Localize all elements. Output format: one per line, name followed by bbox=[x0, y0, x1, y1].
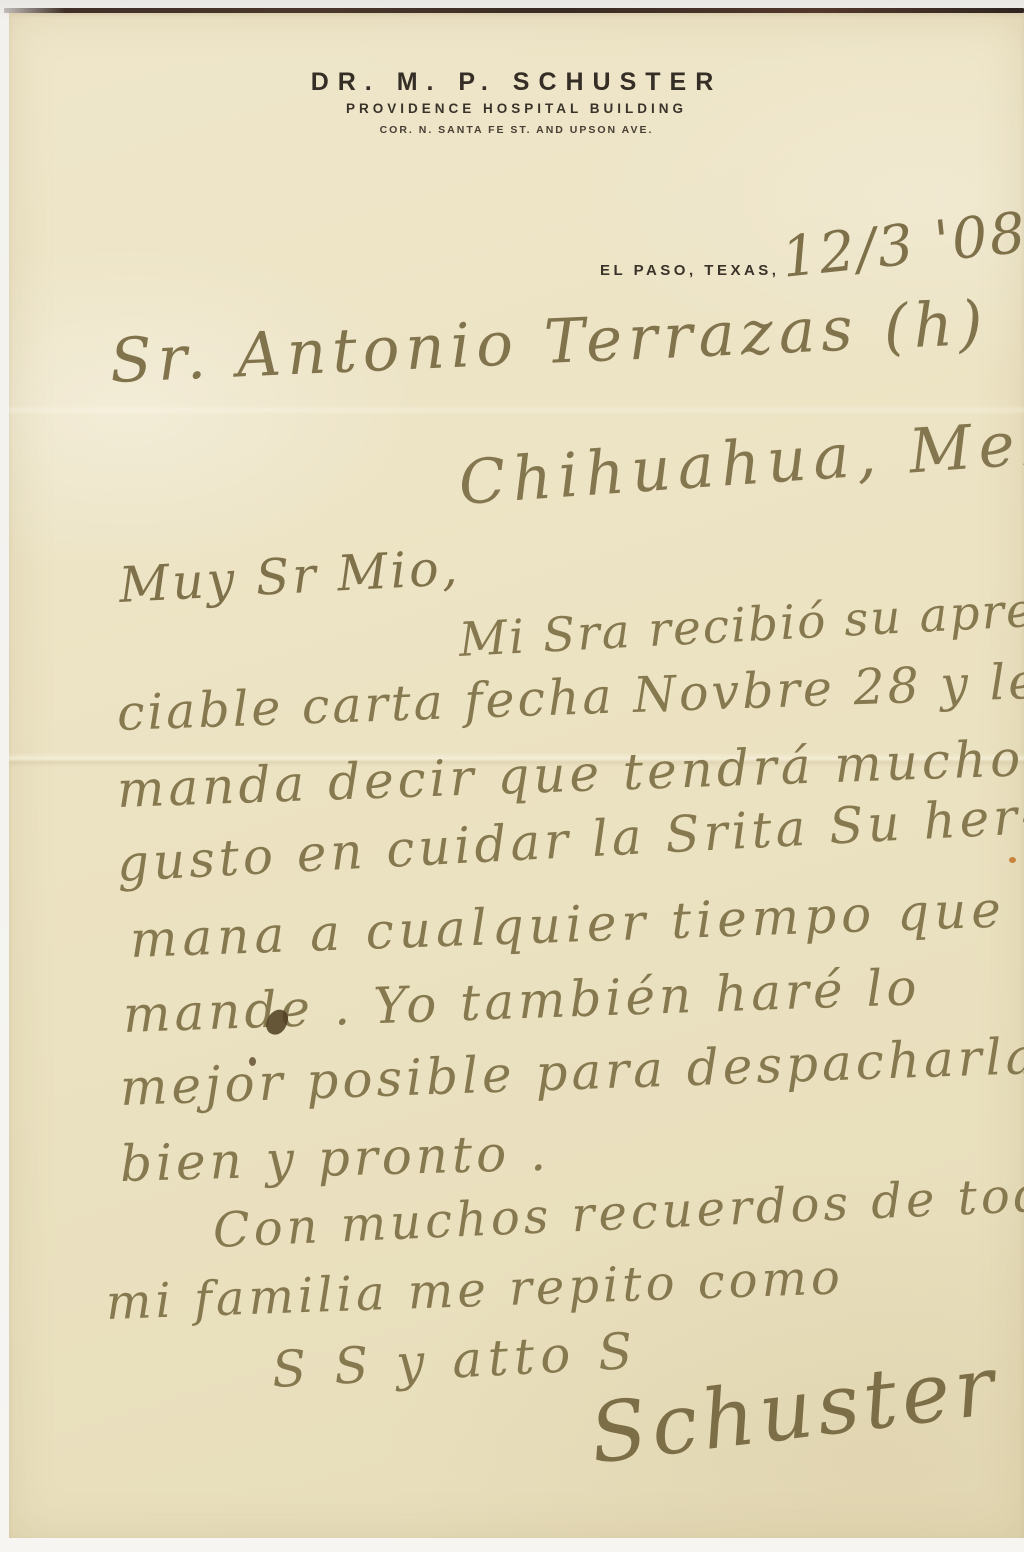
salutation: Muy Sr Mio, bbox=[118, 543, 462, 610]
signature: Schuster bbox=[586, 1345, 1003, 1476]
letterhead-building: PROVIDENCE HOSPITAL BUILDING bbox=[9, 101, 1024, 116]
ink-dot bbox=[249, 1057, 256, 1066]
body-line: mana a cualquier tiempo que bbox=[129, 884, 1007, 965]
body-line: mande . Yo también haré lo bbox=[122, 962, 921, 1040]
letterhead-address: COR. N. SANTA FE ST. AND UPSON AVE. bbox=[9, 124, 1024, 136]
recipient-city-line: Chihuahua, Mex bbox=[457, 411, 1024, 514]
body-line: mejor posible para despacharla bbox=[119, 1031, 1024, 1113]
handwritten-date: 12/3 '08 bbox=[779, 205, 1024, 286]
body-line: Mi Sra recibió su apre bbox=[458, 587, 1024, 664]
paper-speck bbox=[1009, 857, 1016, 863]
letterhead-city-line: EL PASO, TEXAS, bbox=[600, 262, 779, 279]
body-line: bien y pronto . bbox=[119, 1128, 550, 1189]
letter-scan: DR. M. P. SCHUSTER PROVIDENCE HOSPITAL B… bbox=[0, 0, 1024, 1552]
letterhead-name: DR. M. P. SCHUSTER bbox=[9, 68, 1024, 97]
fold-crease-upper bbox=[9, 405, 1024, 415]
letter-paper: DR. M. P. SCHUSTER PROVIDENCE HOSPITAL B… bbox=[9, 13, 1024, 1538]
body-line: mi familia me repito como bbox=[105, 1253, 844, 1327]
recipient-name-line: Sr. Antonio Terrazas (h) bbox=[109, 293, 990, 392]
closing-line: S S y atto S bbox=[271, 1326, 640, 1395]
body-line: ciable carta fecha Novbre 28 y le bbox=[116, 657, 1024, 738]
